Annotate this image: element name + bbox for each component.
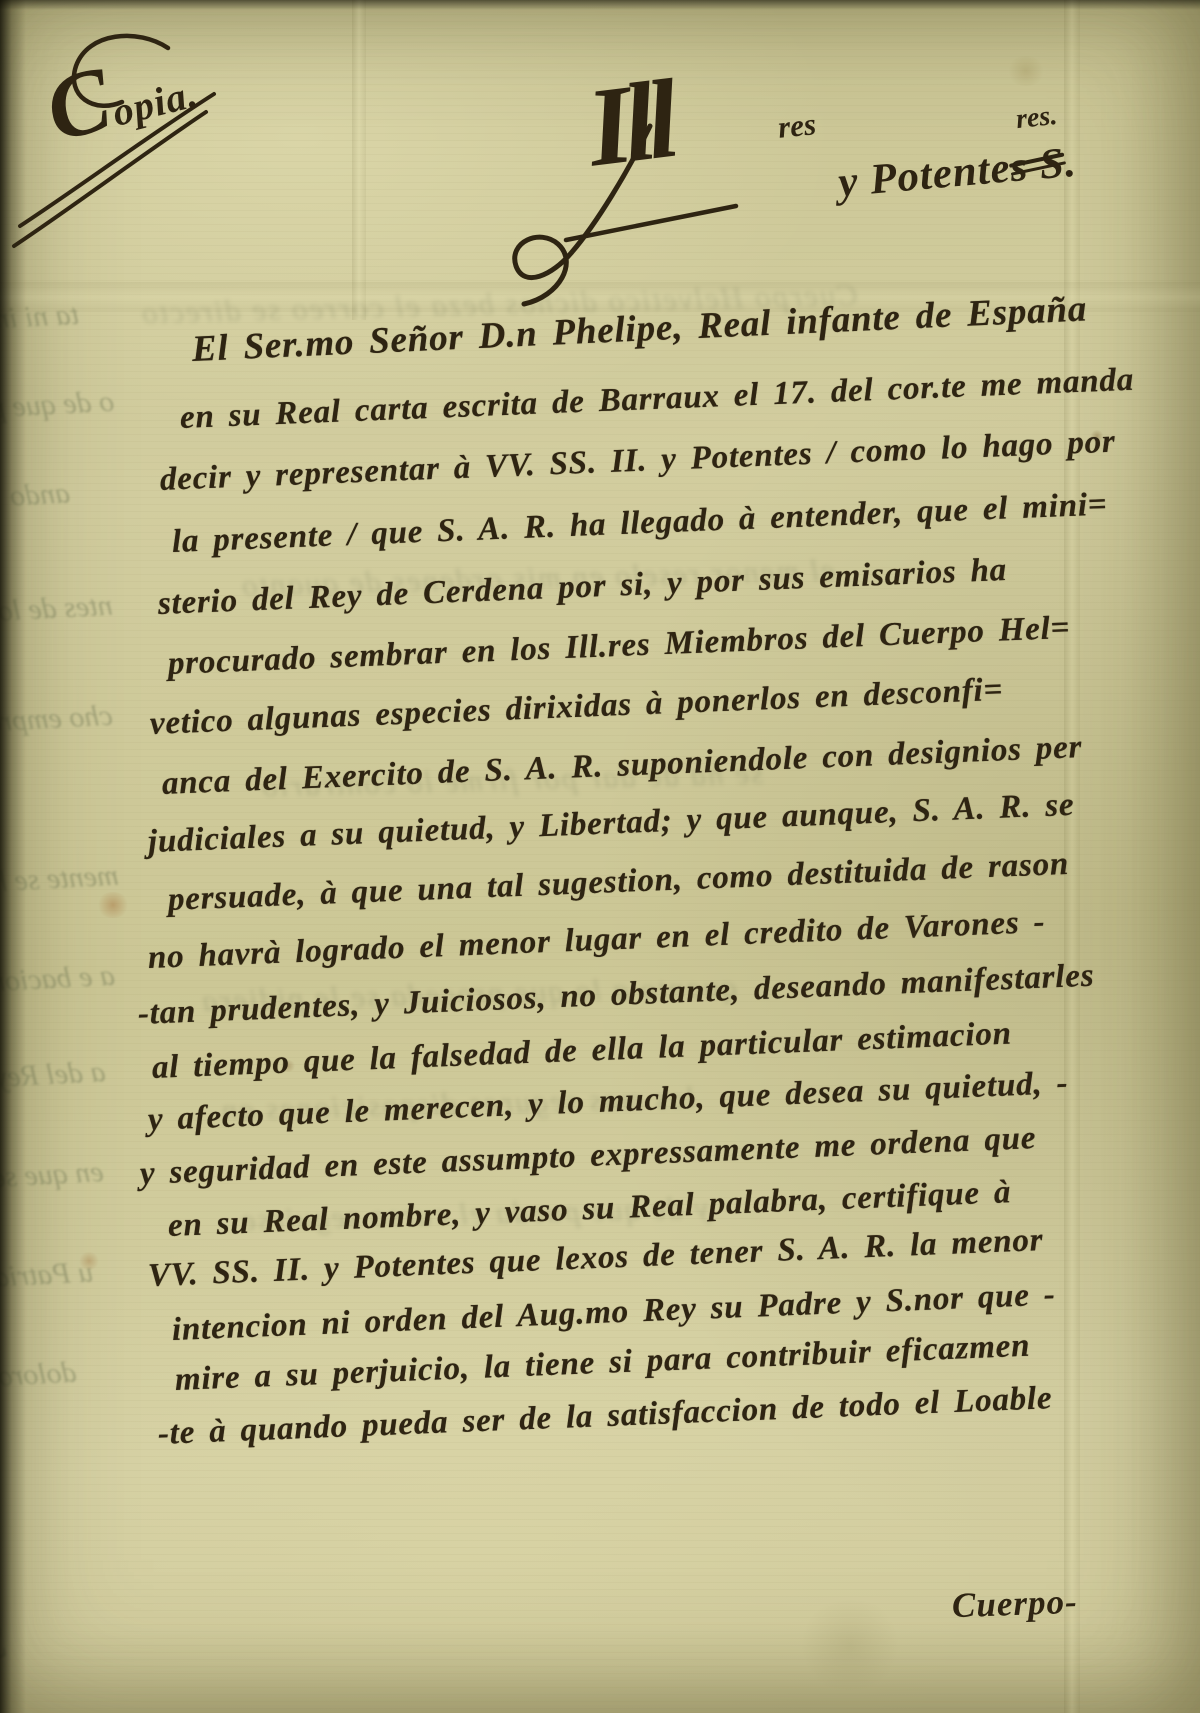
manuscript-line-7: vetico algunas especies dirixidas à pone… [149,672,1004,743]
letter-body: El Ser.mo Señor D.n Phelipe, Real infant… [0,0,1200,1713]
manuscript-page: Cuerpo Helvetico dichos beza el correo s… [0,0,1200,1713]
manuscript-line-4: la presente / que S. A. R. ha llegado à … [171,486,1108,561]
manuscript-line-6: procurado sembrar en los Ill.res Miembro… [167,610,1071,683]
manuscript-line-2: en su Real carta escrita de Barraux el 1… [179,362,1134,437]
manuscript-line-3: decir y representar à VV. SS. II. y Pote… [159,424,1116,499]
catchword: Cuerpo- [951,1582,1078,1626]
manuscript-line-5: sterio del Rey de Cerdena por si, y por … [157,552,1007,623]
page-gutter-shadow [0,0,26,1713]
page-edge-shadow [0,0,1200,10]
manuscript-line-1: El Ser.mo Señor D.n Phelipe, Real infant… [191,287,1088,371]
